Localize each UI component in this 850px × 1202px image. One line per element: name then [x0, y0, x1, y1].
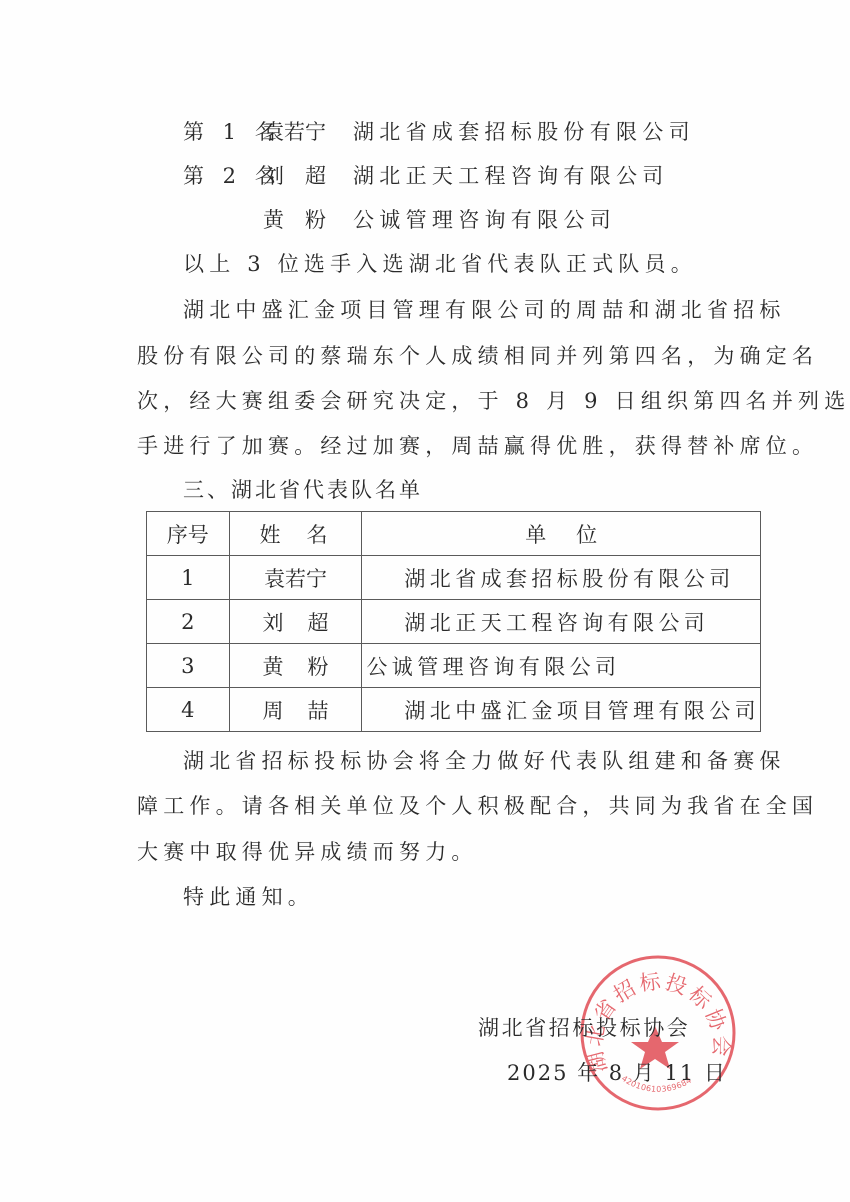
table-row: 4 周 喆 湖北中盛汇金项目管理有限公司: [147, 688, 761, 732]
cell-name-char: 周: [262, 699, 292, 723]
cell-name: 袁若宁: [229, 556, 362, 600]
cell-no: 4: [147, 688, 230, 732]
document-page: 第 1 名 袁若宁 湖北省成套招标股份有限公司 第 2 名 刘 超 湖北正天工程…: [0, 0, 850, 1202]
header-unit: 单位: [362, 512, 761, 556]
roster-table: 序号 姓名 单位 1 袁若宁 湖北省成套招标股份有限公司 2 刘 超: [146, 511, 761, 732]
signature-date: 2025 年 8 月 11 日: [507, 1059, 727, 1087]
header-no: 序号: [147, 512, 230, 556]
cell-name-char: 超: [307, 611, 328, 635]
cell-no: 3: [147, 644, 230, 688]
table-row: 2 刘 超 湖北正天工程咨询有限公司: [147, 600, 761, 644]
table-row: 3 黄 粉 公诚管理咨询有限公司: [147, 644, 761, 688]
rank-name-char: 黄: [263, 206, 284, 234]
cell-name: 刘 超: [229, 600, 362, 644]
table-header-row: 序号 姓名 单位: [147, 512, 761, 556]
table-row: 1 袁若宁 湖北省成套招标股份有限公司: [147, 556, 761, 600]
cell-name-text: 袁若宁: [264, 567, 327, 591]
selected-note: 以上 3 位选手入选湖北省代表队正式队员。: [183, 250, 697, 278]
paragraph-line: 大赛中取得优异成绩而努力。: [137, 838, 737, 866]
header-name: 姓名: [229, 512, 362, 556]
rank-company: 公诚管理咨询有限公司: [353, 206, 616, 234]
cell-no: 2: [147, 600, 230, 644]
signature-organization: 湖北省招标投标协会: [478, 1014, 690, 1042]
section-title: 三、湖北省代表队名单: [183, 476, 423, 504]
rank-name-char: 粉: [305, 206, 326, 234]
cell-name-spread: 刘 超: [262, 607, 328, 637]
paragraph-line: 手进行了加赛。经过加赛，周喆赢得优胜，获得替补席位。: [137, 432, 737, 460]
cell-name: 黄 粉: [229, 644, 362, 688]
cell-unit: 湖北省成套招标股份有限公司: [362, 556, 761, 600]
cell-name-spread: 周 喆: [262, 695, 328, 725]
paragraph-line: 股份有限公司的蔡瑞东个人成绩相同并列第四名，为确定名: [137, 342, 737, 370]
cell-name-char: 黄: [262, 655, 292, 679]
notice-end: 特此通知。: [183, 883, 314, 911]
paragraph-line: 湖北省招标投标协会将全力做好代表队组建和备赛保: [183, 747, 786, 775]
cell-unit: 公诚管理咨询有限公司: [362, 644, 761, 688]
paragraph-line: 次，经大赛组委会研究决定，于 8 月 9 日组织第四名并列选: [137, 387, 737, 415]
rank-name-char: 超: [305, 162, 326, 190]
rank-company: 湖北省成套招标股份有限公司: [353, 118, 695, 146]
cell-name-spread: 黄 粉: [262, 651, 328, 681]
paragraph-line: 湖北中盛汇金项目管理有限公司的周喆和湖北省招标: [183, 296, 786, 324]
cell-no: 1: [147, 556, 230, 600]
cell-unit: 湖北中盛汇金项目管理有限公司: [362, 688, 761, 732]
rank-name-text: 袁若宁: [263, 118, 326, 146]
cell-name: 周 喆: [229, 688, 362, 732]
rank-company: 湖北正天工程咨询有限公司: [353, 162, 669, 190]
cell-name-char: 刘: [262, 611, 292, 635]
cell-name-char: 喆: [307, 699, 328, 723]
cell-unit: 湖北正天工程咨询有限公司: [362, 600, 761, 644]
rank-name-char: 刘: [263, 162, 284, 190]
paragraph-line: 障工作。请各相关单位及个人积极配合，共同为我省在全国: [137, 792, 737, 820]
cell-name-char: 粉: [307, 655, 328, 679]
